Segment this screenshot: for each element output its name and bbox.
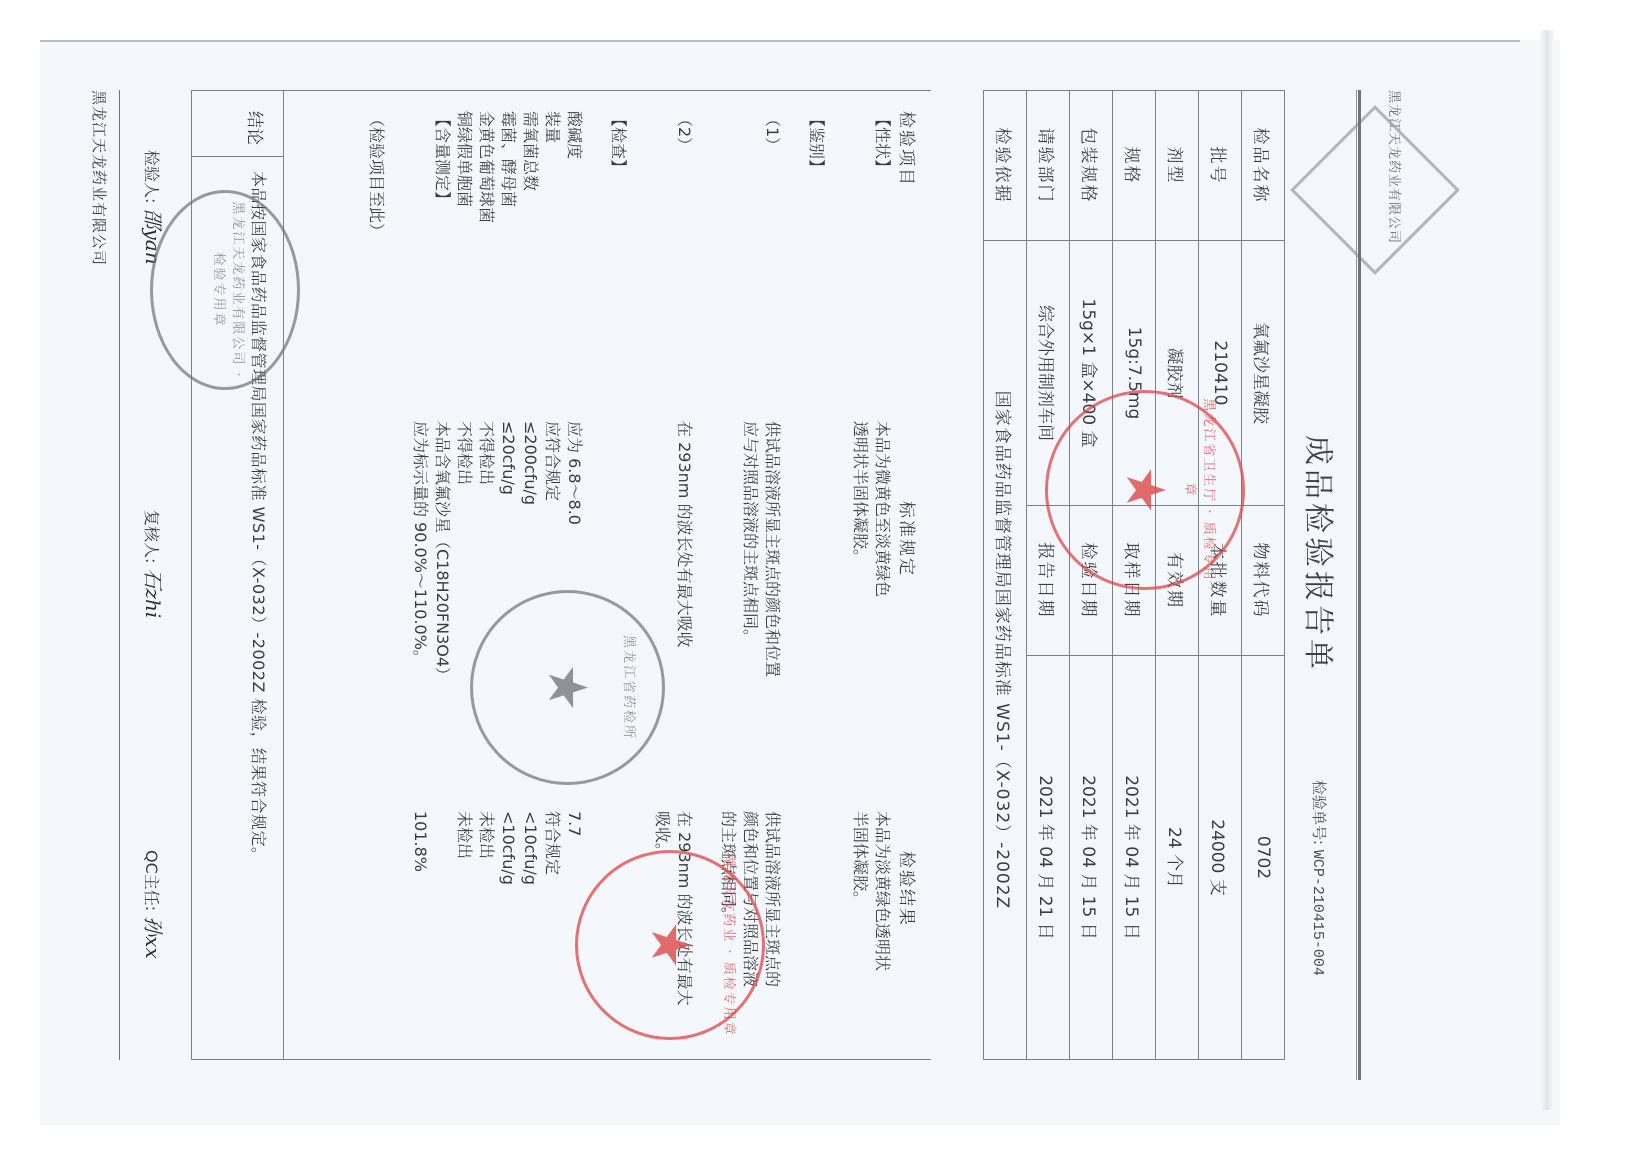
red-seal-2-text: 湖北天友药业 · 质检专用章 <box>721 853 740 1037</box>
test-standard: 应与对照品溶液的主斑点相同。 <box>739 421 761 645</box>
info-value: 24 个月 <box>1156 656 1199 1060</box>
test-result: <10cfu/g <box>519 811 541 885</box>
test-item: 霉菌、酵母菌 <box>497 111 519 207</box>
info-label: 规格 <box>1113 91 1156 241</box>
test-standard: 不得检出 <box>475 421 497 485</box>
star-icon: ★ <box>643 921 697 969</box>
qc-signature: QC主任: 孙xx <box>140 850 169 959</box>
test-standard: 本品为微黄色至淡黄绿色 <box>871 421 893 597</box>
reviewer-signature: 复核人: 石zhi <box>140 510 169 618</box>
test-standard: 应为 6.8～8.0 <box>563 421 585 525</box>
gray-seal-2-text: 黑龙江天龙药业有限公司 · 检验专用章 <box>211 193 249 387</box>
test-result: 7.7 <box>563 811 585 836</box>
test-standard: 供试品溶液所显主斑点的颜色和位置 <box>761 421 783 677</box>
test-item: 装量 <box>541 111 563 143</box>
info-value: 0702 <box>1242 656 1285 1060</box>
scanner-edge-strip <box>1540 30 1554 1110</box>
test-standard: 本品含氧氟沙星（C18H20FN3O4） <box>431 421 453 683</box>
test-result: <10cfu/g <box>497 811 519 885</box>
report-number-value: WCP-210415-004 <box>1309 850 1326 976</box>
test-standard: 透明状半固体凝胶。 <box>849 421 871 565</box>
reviewer-name: 石zhi <box>141 569 165 619</box>
test-result: 半固体凝胶。 <box>849 811 871 907</box>
test-result: 符合规定 <box>541 811 563 875</box>
star-icon: ★ <box>1118 466 1172 514</box>
info-label: 检品名称 <box>1242 91 1285 241</box>
test-result: 本品为淡黄绿色透明状 <box>871 811 893 971</box>
test-item: 需氧菌总数 <box>519 111 541 191</box>
footer-company: 黑龙江天龙药业有限公司 <box>89 90 110 266</box>
info-label: 物料代码 <box>1242 506 1285 656</box>
info-value: 国家食品药品监督管理局国家药品标准 WS1-（X-032）-2002Z <box>984 241 1027 1060</box>
test-item: 【检查】 <box>607 111 629 175</box>
test-standard: 不得检出 <box>453 421 475 485</box>
info-label: 批号 <box>1199 91 1242 241</box>
red-seal-1: ★ 黑龙江省卫生厅 · 质检专用章 <box>1045 390 1245 590</box>
conclusion-label: 结论 <box>192 91 283 157</box>
document-title: 成品检验报告单 <box>1299 435 1343 673</box>
info-label: 剂型 <box>1156 91 1199 241</box>
info-value: 2021 年 04 月 15 日 <box>1070 656 1113 1060</box>
footer-rule <box>119 90 120 1060</box>
header-rule <box>1356 90 1361 1080</box>
gray-seal-1: ★ 黑龙江省药检所 <box>470 590 665 785</box>
test-item: （检验项目至此） <box>365 111 387 239</box>
info-row: 检品名称氧氟沙星凝胶物料代码0702 <box>1242 91 1285 1060</box>
test-standard: 在 293nm 的波长处有最大吸收 <box>673 421 695 647</box>
column-header-result: 检验结果 <box>896 851 921 927</box>
test-item: （2） <box>673 111 695 153</box>
report-number-label: 检验单号: <box>1310 780 1328 845</box>
scan-edge-line <box>40 40 1520 42</box>
info-value: 2021 年 04 月 21 日 <box>1027 656 1070 1060</box>
test-result: 未检出 <box>453 811 475 859</box>
test-result: 101.8% <box>409 811 431 872</box>
test-standard: ≤200cfu/g <box>519 421 541 505</box>
test-item: 金黄色葡萄球菌 <box>475 111 497 223</box>
star-icon: ★ <box>541 663 595 711</box>
test-standard: ≤20cfu/g <box>497 421 519 495</box>
info-label: 包装规格 <box>1070 91 1113 241</box>
test-result: 供试品溶液所显主斑点的 <box>761 811 783 987</box>
test-item: 酸碱度 <box>563 111 585 159</box>
report-number: 检验单号: WCP-210415-004 <box>1309 780 1330 976</box>
info-value: 2021 年 04 月 15 日 <box>1113 656 1156 1060</box>
test-standard: 应符合规定 <box>541 421 563 501</box>
test-item: 【含量测定】 <box>431 111 453 207</box>
gray-seal-2: 黑龙江天龙药业有限公司 · 检验专用章 <box>150 190 300 390</box>
test-item: 铜绿假单胞菌 <box>453 111 475 207</box>
qc-label: QC主任: <box>142 850 161 911</box>
test-item: 【性状】 <box>871 111 893 175</box>
info-row: 请验部门综合外用制剂车间报告日期2021 年 04 月 21 日 <box>1027 91 1070 1060</box>
info-label: 检验依据 <box>984 91 1027 241</box>
qc-name: 孙xx <box>141 916 165 959</box>
column-header-item: 检验项目 <box>896 111 921 187</box>
info-label: 请验部门 <box>1027 91 1070 241</box>
test-item: （1） <box>761 111 783 153</box>
inspection-report: 黑龙江天龙药业有限公司 成品检验报告单 检验单号: WCP-210415-004… <box>85 90 1405 1140</box>
red-seal-1-text: 黑龙江省卫生厅 · 质检专用章 <box>1182 393 1220 587</box>
info-row: 检验依据国家食品药品监督管理局国家药品标准 WS1-（X-032）-2002Z <box>984 91 1027 1060</box>
test-result: 未检出 <box>475 811 497 859</box>
red-seal-2: ★ 湖北天友药业 · 质检专用章 <box>575 850 765 1040</box>
column-header-standard: 标准规定 <box>896 501 921 577</box>
inspector-label: 检验人: <box>142 150 161 203</box>
test-standard: 应为标示量的 90.0%～110.0%。 <box>409 421 431 666</box>
info-value: 24000 支 <box>1199 656 1242 1060</box>
reviewer-label: 复核人: <box>142 510 161 563</box>
gray-seal-1-text: 黑龙江省药检所 <box>621 593 640 782</box>
info-value: 氧氟沙星凝胶 <box>1242 241 1285 506</box>
test-item: 【鉴别】 <box>805 111 827 175</box>
